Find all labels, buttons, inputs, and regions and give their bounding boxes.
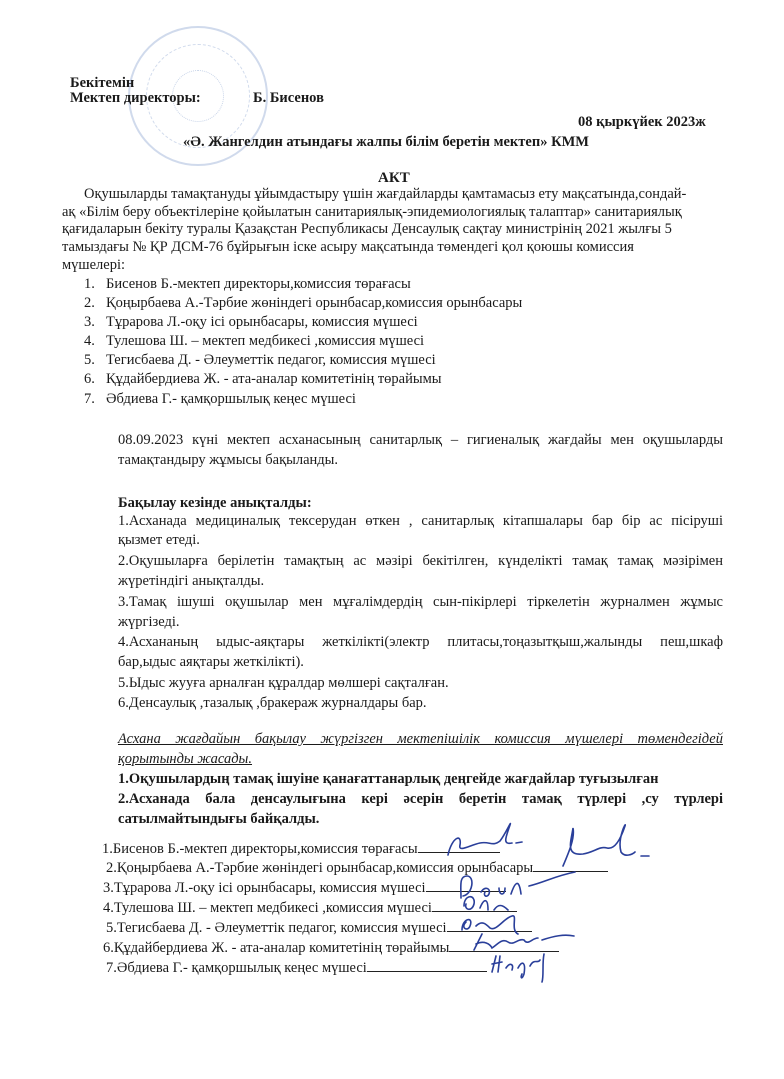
member-number: 2. (84, 295, 106, 312)
finding-line: 6.Денсаулық ,тазалық ,бракераж журналдар… (118, 695, 427, 712)
finding-line: қызмет етеді. (118, 532, 200, 549)
member-item: 7.Әбдиева Г.- қамқоршылық кеңес мүшесі (84, 391, 356, 408)
finding-line: жүргізеді. (118, 614, 180, 631)
member-item: 2.Қоңырбаева А.-Тәрбие жөніндегі орынбас… (84, 295, 522, 312)
member-text: Қоңырбаева А.-Тәрбие жөніндегі орынбасар… (106, 295, 522, 311)
intro-line: ақ «Білім беру объектілеріне қойылатын с… (62, 204, 682, 221)
intro-line: мүшелері: (62, 257, 125, 274)
member-text: Бисенов Б.-мектеп директоры,комиссия төр… (106, 276, 411, 292)
member-text: Тегисбаева Д. - Әлеуметтік педагог, коми… (106, 352, 436, 368)
inspection-line: 08.09.2023 күні мектеп асханасының санит… (118, 432, 723, 449)
member-item: 6.Құдайбердиева Ж. - ата-аналар комитеті… (84, 371, 442, 388)
member-number: 1. (84, 276, 106, 293)
signature-row: 6.Құдайбердиева Ж. - ата-аналар комитеті… (103, 940, 559, 957)
signature-line (447, 931, 532, 932)
signatory-text: 1.Бисенов Б.-мектеп директоры,комиссия т… (102, 841, 418, 857)
signatory-text: 5.Тегисбаева Д. - Әлеуметтік педагог, ко… (106, 920, 447, 936)
director-label: Мектеп директоры: (70, 90, 201, 107)
finding-line: жүретіндігі анықталды. (118, 573, 264, 590)
conclusion-intro-line: Асхана жағдайын бақылау жүргізген мектеп… (118, 731, 723, 748)
signatory-text: 4.Тулешова Ш. – мектеп медбикесі ,комисс… (103, 900, 432, 916)
member-text: Әбдиева Г.- қамқоршылық кеңес мүшесі (106, 391, 356, 407)
member-text: Құдайбердиева Ж. - ата-аналар комитетіні… (106, 371, 442, 387)
signature-row: 1.Бисенов Б.-мектеп директоры,комиссия т… (102, 841, 500, 858)
member-number: 5. (84, 352, 106, 369)
member-item: 4.Тулешова Ш. – мектеп медбикесі ,комисс… (84, 333, 424, 350)
inspection-line: тамақтандыру жұмысы бақыланды. (118, 452, 338, 469)
signature-row: 5.Тегисбаева Д. - Әлеуметтік педагог, ко… (106, 920, 532, 937)
finding-line: 4.Асхананың ыдыс-аяқтары жеткілікті(элек… (118, 634, 723, 651)
member-text: Тұрарова Л.-оқу ісі орынбасары, комиссия… (106, 314, 418, 330)
conclusion-line: 2.Асханада бала денсаулығына кері әсерін… (118, 791, 723, 808)
document-title: АКТ (378, 170, 410, 187)
signature-row: 4.Тулешова Ш. – мектеп медбикесі ,комисс… (103, 900, 517, 917)
signatory-text: 6.Құдайбердиева Ж. - ата-аналар комитеті… (103, 940, 449, 956)
member-item: 1.Бисенов Б.-мектеп директоры,комиссия т… (84, 276, 411, 293)
signature-row: 2.Қоңырбаева А.-Тәрбие жөніндегі орынбас… (106, 860, 608, 877)
intro-line: қағидаларын бекіту туралы Қазақстан Респ… (62, 221, 672, 238)
signature-line (432, 911, 517, 912)
document-date: 08 қыркүйек 2023ж (578, 114, 706, 131)
signature-line (449, 951, 559, 952)
member-number: 6. (84, 371, 106, 388)
conclusion-intro-line: қорытынды жасады. (118, 751, 252, 768)
signature-line (426, 891, 506, 892)
findings-heading: Бақылау кезінде анықталды: (118, 495, 312, 512)
finding-line: 1.Асханада медициналық тексерудан өткен … (118, 513, 723, 530)
finding-line: 2.Оқушыларға берілетін тамақтың ас мәзір… (118, 553, 723, 570)
director-name: Б. Бисенов (253, 90, 324, 107)
conclusion-line: сатылмайтындығы байқалды. (118, 811, 319, 828)
member-number: 7. (84, 391, 106, 408)
signature-line (533, 871, 608, 872)
school-name: «Ә. Жангелдин атындағы жалпы білім берет… (183, 134, 589, 151)
conclusion-line: 1.Оқушылардың тамақ ішуіне қанағаттанарл… (118, 771, 658, 788)
signatory-text: 2.Қоңырбаева А.-Тәрбие жөніндегі орынбас… (106, 860, 533, 876)
finding-line: бар,ыдыс аяқтары жеткілікті). (118, 654, 304, 671)
intro-line: тамыздағы № ҚР ДСМ-76 бұйрығын іске асыр… (62, 239, 634, 256)
signatory-text: 3.Тұрарова Л.-оқу ісі орынбасары, комисс… (103, 880, 426, 896)
finding-line: 5.Ыдыс жууға арналған құралдар мөлшері с… (118, 675, 449, 692)
member-number: 3. (84, 314, 106, 331)
signature-row: 3.Тұрарова Л.-оқу ісі орынбасары, комисс… (103, 880, 506, 897)
member-item: 5.Тегисбаева Д. - Әлеуметтік педагог, ко… (84, 352, 436, 369)
signature-row: 7.Әбдиева Г.- қамқоршылық кеңес мүшесі (106, 960, 487, 977)
member-item: 3.Тұрарова Л.-оқу ісі орынбасары, комисс… (84, 314, 418, 331)
signature-line (367, 971, 487, 972)
signatory-text: 7.Әбдиева Г.- қамқоршылық кеңес мүшесі (106, 960, 367, 976)
member-number: 4. (84, 333, 106, 350)
signature-line (418, 852, 500, 853)
finding-line: 3.Тамақ ішуші оқушылар мен мұғалімдердің… (118, 594, 723, 611)
member-text: Тулешова Ш. – мектеп медбикесі ,комиссия… (106, 333, 424, 349)
intro-line: Оқушыларды тамақтануды ұйымдастыру үшін … (84, 186, 686, 203)
